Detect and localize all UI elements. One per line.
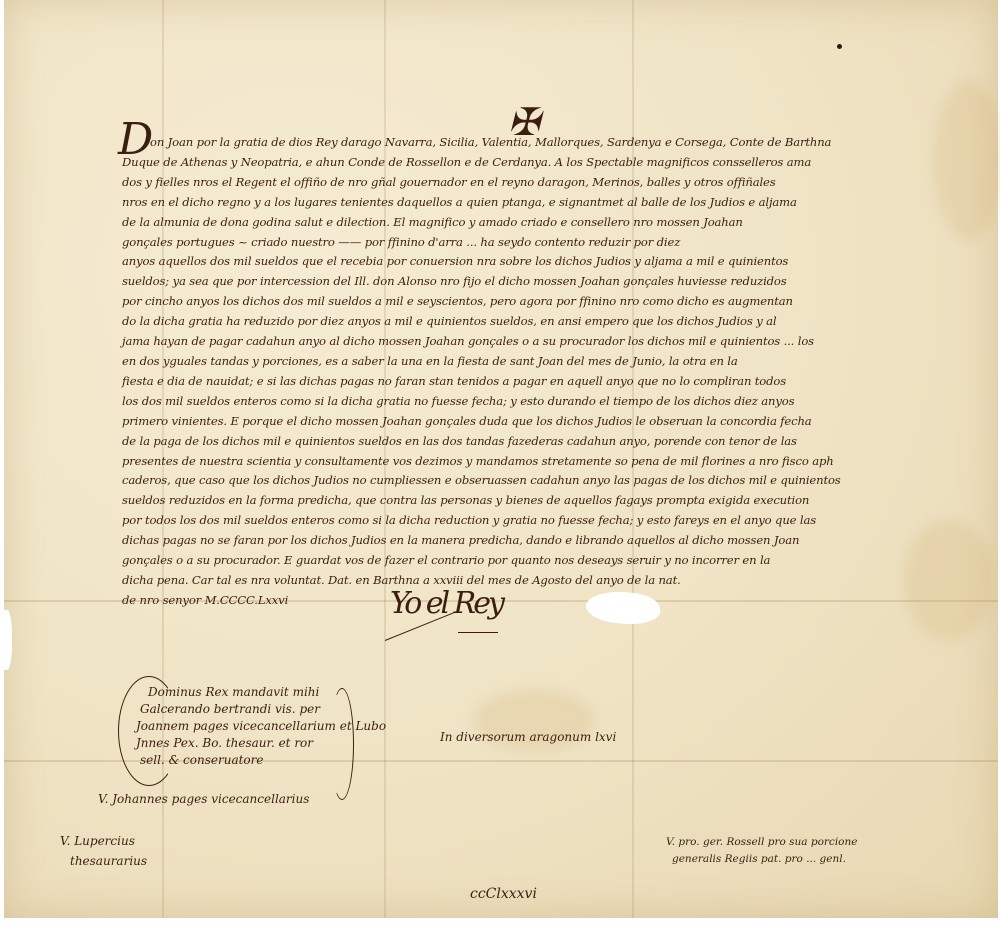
chancery-note-line: sell. & conseruatore: [140, 752, 264, 769]
text-line: por todos los dos mil sueldos enteros co…: [122, 511, 980, 531]
text-line: presentes de nuestra scientia y consulta…: [122, 452, 980, 472]
text-line: dicha pena. Car tal es nra voluntat. Dat…: [122, 571, 980, 591]
text-line: de nro senyor M.CCCC.Lxxvi: [122, 591, 980, 611]
signature-stroke: [458, 632, 498, 633]
text-line: nros en el dicho regno y a los lugares t…: [122, 193, 980, 213]
text-line: Duque de Athenas y Neopatria, e ahun Con…: [122, 153, 980, 173]
chancery-note-line: Galcerando bertrandi vis. per: [140, 701, 320, 718]
text-line: de la paga de los dichos mil e quiniento…: [122, 432, 980, 452]
visa-note-right: generalis Regiis pat. pro ... genl.: [672, 851, 846, 868]
text-line: de la almunia de dona godina salut e dil…: [122, 213, 980, 233]
chancery-note-line: Jnnes Pex. Bo. thesaur. et ror: [136, 735, 313, 752]
registry-note: In diversorum aragonum lxvi: [440, 729, 616, 746]
text-line: gonçales portugues ~ criado nuestro —— p…: [122, 233, 980, 253]
paper-tear-edge: [0, 610, 12, 670]
chancery-note-line: Joannem pages vicecancellarium et Lubo: [136, 718, 386, 735]
visa-note: thesaurarius: [70, 853, 147, 870]
folio-number: ccClxxxvi: [470, 886, 537, 903]
text-line: por cincho anyos los dichos dos mil suel…: [122, 292, 980, 312]
text-line: do la dicha gratia ha reduzido por diez …: [122, 312, 980, 332]
text-line: gonçales o a su procurador. E guardat vo…: [122, 551, 980, 571]
text-line: dos y fielles nros el Regent el offiño d…: [122, 173, 980, 193]
text-line: on Joan por la gratia de dios Rey darago…: [150, 133, 980, 153]
visa-note: V. Johannes pages vicecancellarius: [98, 791, 309, 808]
text-line: caderos, que caso que los dichos Judios …: [122, 471, 980, 491]
visa-note-right: V. pro. ger. Rossell pro sua porcione: [666, 834, 857, 851]
text-line: primero vinientes. E porque el dicho mos…: [122, 412, 980, 432]
text-line: sueldos reduzidos en la forma predicha, …: [122, 491, 980, 511]
text-line: sueldos; ya sea que por intercession del…: [122, 272, 980, 292]
text-line: los dos mil sueldos enteros como si la d…: [122, 392, 980, 412]
text-line: anyos aquellos dos mil sueldos que el re…: [122, 252, 980, 272]
text-line: dichas pagas no se faran por los dichos …: [122, 531, 980, 551]
chancery-note-line: Dominus Rex mandavit mihi: [148, 684, 319, 701]
text-line: jama hayan de pagar cadahun anyo al dich…: [122, 332, 980, 352]
letter-body: on Joan por la gratia de dios Rey darago…: [150, 133, 980, 611]
visa-note: V. Lupercius: [60, 833, 135, 850]
ink-dot: [837, 44, 842, 49]
text-line: en dos yguales tandas y porciones, es a …: [122, 352, 980, 372]
chancery-flourish: [330, 688, 354, 800]
text-line: fiesta e dia de nauidat; e si las dichas…: [122, 372, 980, 392]
